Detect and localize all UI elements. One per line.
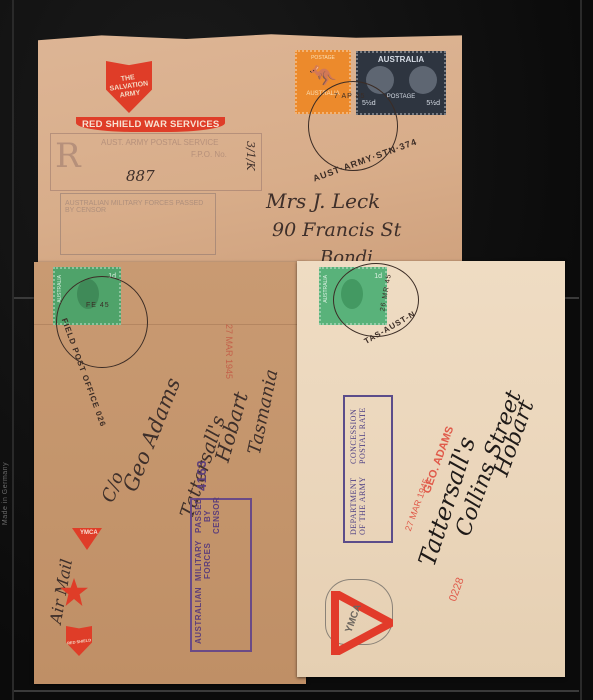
stamp-country: AUSTRALIA: [358, 55, 444, 64]
army-concession-cover[interactable]: AUSTRALIA 1d TAS-AUST-N 26 MR 45 DEPARTM…: [297, 261, 565, 677]
ymca-acf-cover[interactable]: AUSTRALIA 1d FIELD POST OFFICE 026 FE 45…: [34, 262, 306, 684]
concession-box: DEPARTMENT OF THE ARMY CONCESSION POSTAL…: [343, 395, 393, 543]
registration-text: AUST. ARMY POSTAL SERVICE: [101, 138, 219, 147]
red-cancel-code: 0228: [447, 576, 467, 603]
album-imprint: Made in Germany: [2, 462, 9, 525]
censor-text: AUSTRALIAN MILITARY FORCES PASSED BY CEN…: [65, 200, 203, 214]
portrait-icon: [409, 66, 437, 94]
ymca-triangle-icon: [329, 591, 393, 655]
postmark-date: 7 AP 45: [334, 93, 365, 100]
censor-line-1: AUSTRALIAN: [194, 587, 221, 644]
album-border-left: [12, 0, 14, 700]
postmark-tas-aust: [333, 263, 419, 337]
censor-line-3: PASSED BY CENSOR: [194, 497, 221, 534]
address-line-1: Geo Adams: [118, 374, 185, 495]
red-cancel: 27 MAR 1945: [224, 324, 234, 379]
postmark-date: FE 45: [86, 302, 110, 309]
censor-box-faded: AUSTRALIAN MILITARY FORCES PASSED BY CEN…: [60, 193, 216, 255]
album-border-right: [580, 0, 582, 700]
registration-mark: R: [55, 136, 81, 176]
stamp-country: AUSTRALIA: [323, 275, 329, 303]
red-shield-logo-icon: RED SHIELD: [66, 626, 92, 656]
address-line-2: 90 Francis St: [272, 219, 401, 241]
address-line-1: Mrs J. Leck: [266, 189, 380, 213]
album-strip-bottom: [14, 690, 579, 692]
ymca-logo-text: YMCA: [80, 530, 98, 536]
concession-line-2: CONCESSION POSTAL RATE: [349, 401, 367, 464]
concession-line-1: DEPARTMENT OF THE ARMY: [349, 470, 367, 535]
fpo-number: 3/1/K: [244, 141, 257, 171]
stamp-value: 5½d: [426, 100, 440, 107]
censor-line-2: MILITARY FORCES: [194, 540, 221, 581]
registration-box: R AUST. ARMY POSTAL SERVICE F.P.O. No.: [50, 133, 262, 191]
salvation-army-shield-icon: THE SALVATION ARMY: [106, 61, 152, 113]
censor-number: 4163: [194, 460, 221, 491]
red-shield-banner: RED SHIELD WAR SERVICES: [76, 117, 225, 132]
registration-number: 887: [126, 167, 155, 185]
fpo-label: F.P.O. No.: [191, 150, 227, 159]
address-line-4: Tasmania: [244, 367, 283, 456]
salvation-army-cover[interactable]: THE SALVATION ARMY RED SHIELD WAR SERVIC…: [38, 33, 462, 273]
censor-box: AUSTRALIAN MILITARY FORCES PASSED BY CEN…: [190, 498, 252, 652]
